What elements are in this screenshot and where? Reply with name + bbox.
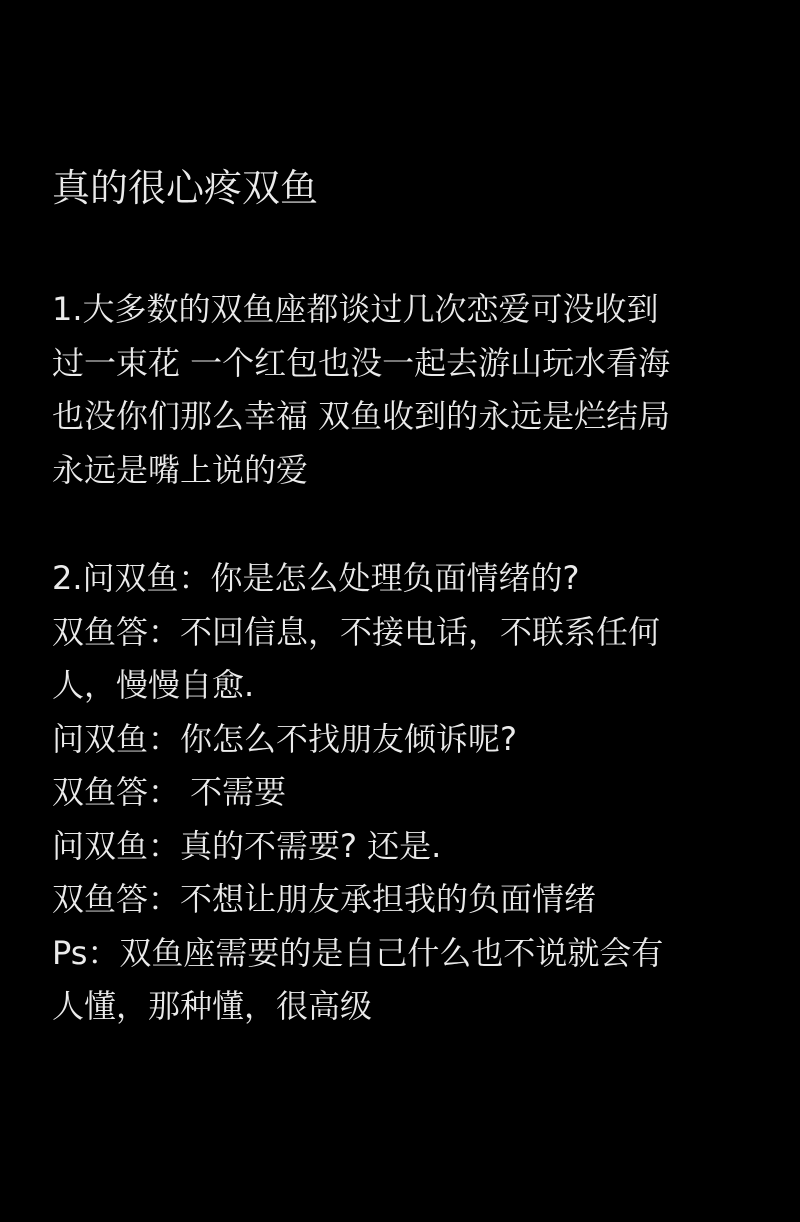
question-line: 2.问双鱼：你是怎么处理负面情绪的? xyxy=(52,552,663,606)
answer-line: 双鱼答： 不需要 xyxy=(52,766,663,820)
text-line: 也没你们那么幸福 双鱼收到的永远是烂结局 xyxy=(52,390,670,444)
ps-line: Ps：双鱼座需要的是自己什么也不说就会有 xyxy=(52,927,663,981)
text-line: 过一束花 一个红包也没一起去游山玩水看海 xyxy=(52,337,670,391)
ps-line: 人懂，那种懂，很高级 xyxy=(52,980,663,1034)
text-line: 1.大多数的双鱼座都谈过几次恋爱可没收到 xyxy=(52,283,670,337)
answer-line: 人，慢慢自愈. xyxy=(52,659,663,713)
section-2-dialogue: 2.问双鱼：你是怎么处理负面情绪的? 双鱼答：不回信息，不接电话，不联系任何 人… xyxy=(52,552,663,1034)
answer-line: 双鱼答：不回信息，不接电话，不联系任何 xyxy=(52,606,663,660)
question-line: 问双鱼：真的不需要? 还是. xyxy=(52,820,663,874)
question-line: 问双鱼：你怎么不找朋友倾诉呢? xyxy=(52,713,663,767)
section-1-paragraph: 1.大多数的双鱼座都谈过几次恋爱可没收到 过一束花 一个红包也没一起去游山玩水看… xyxy=(52,283,670,497)
text-line: 永远是嘴上说的爱 xyxy=(52,444,670,498)
post-title: 真的很心疼双鱼 xyxy=(52,162,318,214)
answer-line: 双鱼答：不想让朋友承担我的负面情绪 xyxy=(52,873,663,927)
